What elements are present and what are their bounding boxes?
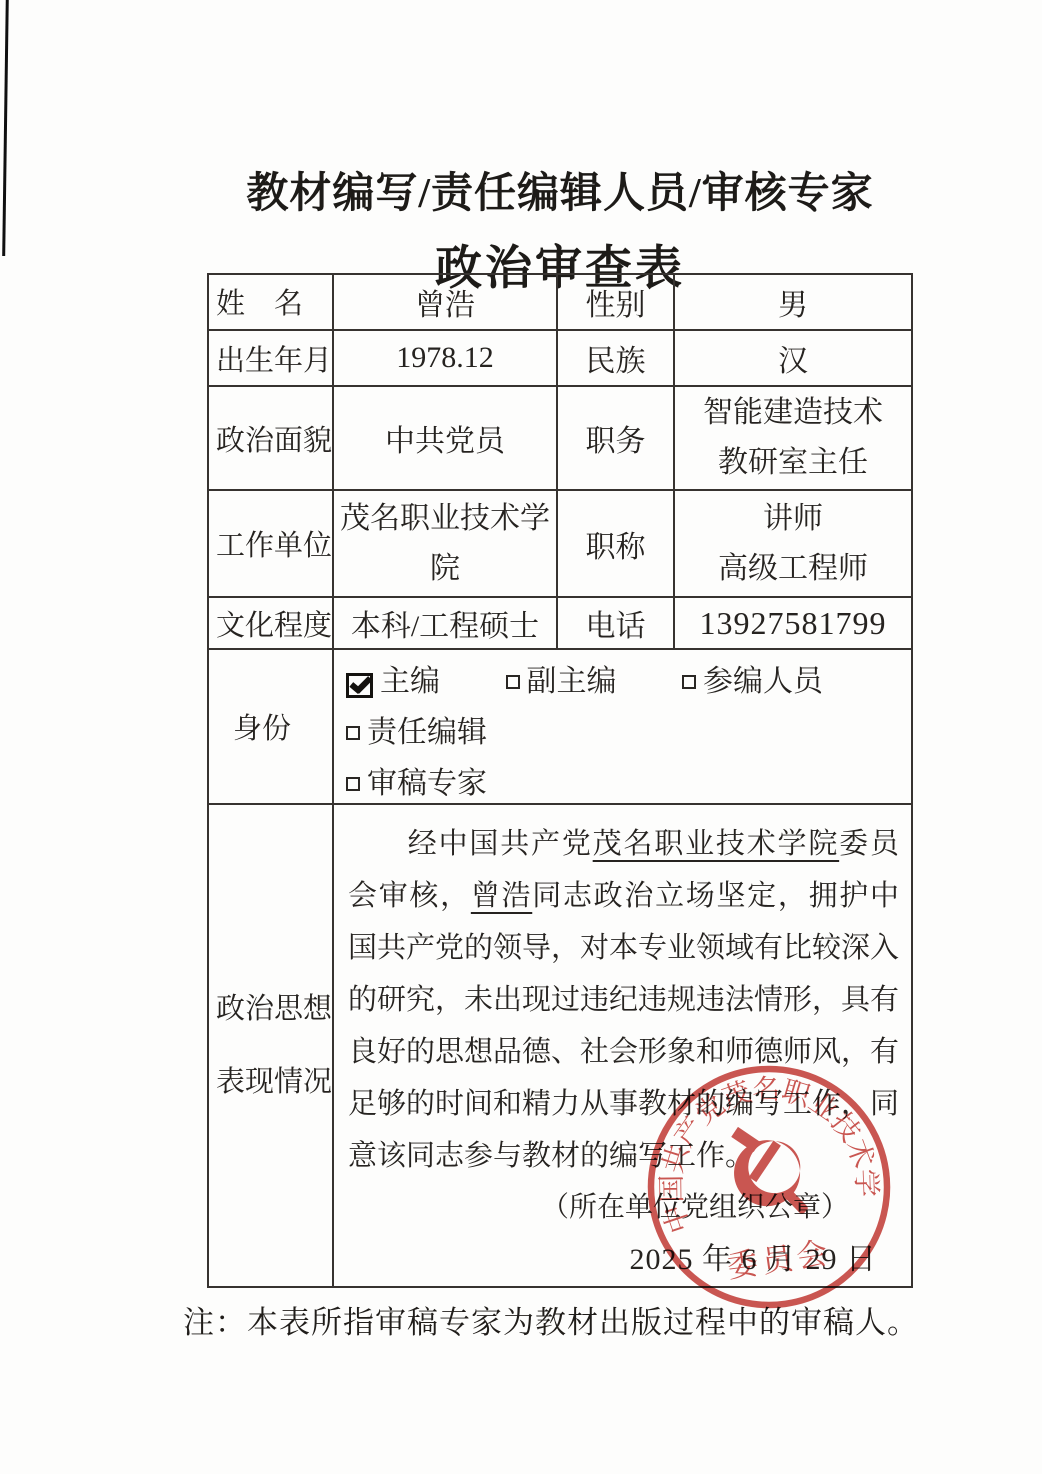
identity-checkbox-0 — [346, 673, 373, 698]
title-value-line2: 高级工程师 — [718, 544, 868, 594]
identity-options: 主编 副主编 参编人员 责任编辑 审稿专家 — [334, 650, 911, 803]
birthdate-value: 1978.12 — [334, 331, 558, 386]
position-value: 智能建造技术 教研室主任 — [675, 387, 911, 488]
signature-date: 2025 年 6 月 29 日 — [348, 1234, 899, 1286]
identity-checkbox-1 — [506, 675, 520, 689]
statement-part1: 经中国共产党 — [406, 828, 593, 860]
work-unit-label: 工作单位 — [209, 491, 334, 596]
statement-part3: 同志政治立场坚定，拥护中国共产党的领导，对本专业领域有比较深入的研究，未出现过违… — [348, 880, 899, 1172]
table-row-identity: 身份 主编 副主编 参编人员 责任编辑 审稿专家 — [209, 650, 911, 805]
table-row-education: 文化程度 本科/工程硕士 电话 13927581799 — [209, 598, 911, 650]
scanned-political-review-form: 教材编写/责任编辑人员/审核专家 政治审查表 姓 名 曾浩 性别 男 出生年月 … — [0, 0, 1042, 1474]
identity-option-contributor: 参编人员 — [682, 656, 823, 707]
identity-checkbox-4 — [346, 777, 360, 791]
political-status-value: 中共党员 — [334, 387, 558, 488]
identity-option-chief-editor: 主编 — [346, 656, 440, 707]
title-value-line1: 讲师 — [763, 494, 823, 544]
political-thought-label-line1: 政治思想 — [216, 973, 332, 1046]
identity-option-label: 责任编辑 — [367, 716, 487, 749]
table-row-work-unit: 工作单位 茂名职业技术学 院 职称 讲师 高级工程师 — [209, 491, 911, 598]
identity-option-label: 副主编 — [527, 665, 617, 698]
position-value-line2: 教研室主任 — [718, 438, 868, 488]
table-row-political-status: 政治面貌 中共党员 职务 智能建造技术 教研室主任 — [209, 387, 911, 490]
work-unit-value-line2: 院 — [430, 544, 460, 594]
gender-label: 性别 — [558, 275, 675, 329]
statement-org-underlined: 茂名职业技术学院 — [593, 828, 839, 860]
table-row-birth: 出生年月 1978.12 民族 汉 — [209, 331, 911, 388]
statement-paragraph: 经中国共产党茂名职业技术学院委员会审核，曾浩同志政治立场坚定，拥护中国共产党的领… — [348, 818, 899, 1182]
ethnicity-label: 民族 — [558, 331, 675, 386]
education-value: 本科/工程硕士 — [334, 598, 558, 648]
identity-option-label: 参编人员 — [703, 665, 823, 698]
ethnicity-value: 汉 — [675, 331, 911, 386]
footnote: 注：本表所指审稿专家为教材出版过程中的审稿人。 — [183, 1297, 919, 1342]
form-title-line1: 教材编写/责任编辑人员/审核专家 — [207, 160, 913, 220]
political-thought-statement: 经中国共产党茂名职业技术学院委员会审核，曾浩同志政治立场坚定，拥护中国共产党的领… — [334, 805, 911, 1286]
identity-checkbox-2 — [682, 675, 696, 689]
title-value: 讲师 高级工程师 — [675, 491, 911, 596]
identity-option-review-expert: 审稿专家 — [346, 758, 487, 809]
work-unit-value-line1: 茂名职业技术学 — [340, 494, 550, 544]
name-label: 姓 名 — [209, 275, 334, 329]
review-form-table: 姓 名 曾浩 性别 男 出生年月 1978.12 民族 汉 政治面貌 中共党员 … — [207, 273, 913, 1288]
identity-option-deputy-editor: 副主编 — [506, 656, 617, 707]
political-thought-label-line2: 表现情况 — [216, 1046, 332, 1119]
position-value-line1: 智能建造技术 — [703, 388, 883, 438]
identity-options-line2: 责任编辑 — [346, 707, 911, 758]
work-unit-value: 茂名职业技术学 院 — [334, 491, 558, 596]
political-status-label: 政治面貌 — [209, 387, 334, 488]
identity-option-label: 主编 — [380, 665, 440, 698]
name-value: 曾浩 — [334, 275, 558, 329]
education-label: 文化程度 — [209, 598, 334, 648]
identity-option-responsible-editor: 责任编辑 — [346, 707, 487, 758]
table-row-political-thought: 政治思想 表现情况 经中国共产党茂名职业技术学院委员会审核，曾浩同志政治立场坚定… — [209, 805, 911, 1286]
position-label: 职务 — [558, 387, 675, 488]
political-thought-label: 政治思想 表现情况 — [209, 805, 334, 1286]
identity-checkbox-3 — [346, 726, 360, 740]
identity-options-line1: 主编 副主编 参编人员 — [346, 656, 911, 707]
statement-name-underlined: 曾浩 — [471, 880, 532, 912]
identity-option-label: 审稿专家 — [367, 767, 487, 800]
phone-value: 13927581799 — [675, 598, 911, 648]
birthdate-label: 出生年月 — [209, 331, 334, 386]
gender-value: 男 — [675, 275, 911, 329]
scan-edge-artifact — [2, 0, 9, 256]
identity-label: 身份 — [209, 650, 334, 803]
seal-caption: （所在单位党组织公章） — [348, 1182, 899, 1234]
title-label: 职称 — [558, 491, 675, 596]
identity-options-line3: 审稿专家 — [346, 758, 911, 809]
phone-label: 电话 — [558, 598, 675, 648]
table-row-name: 姓 名 曾浩 性别 男 — [209, 275, 911, 331]
